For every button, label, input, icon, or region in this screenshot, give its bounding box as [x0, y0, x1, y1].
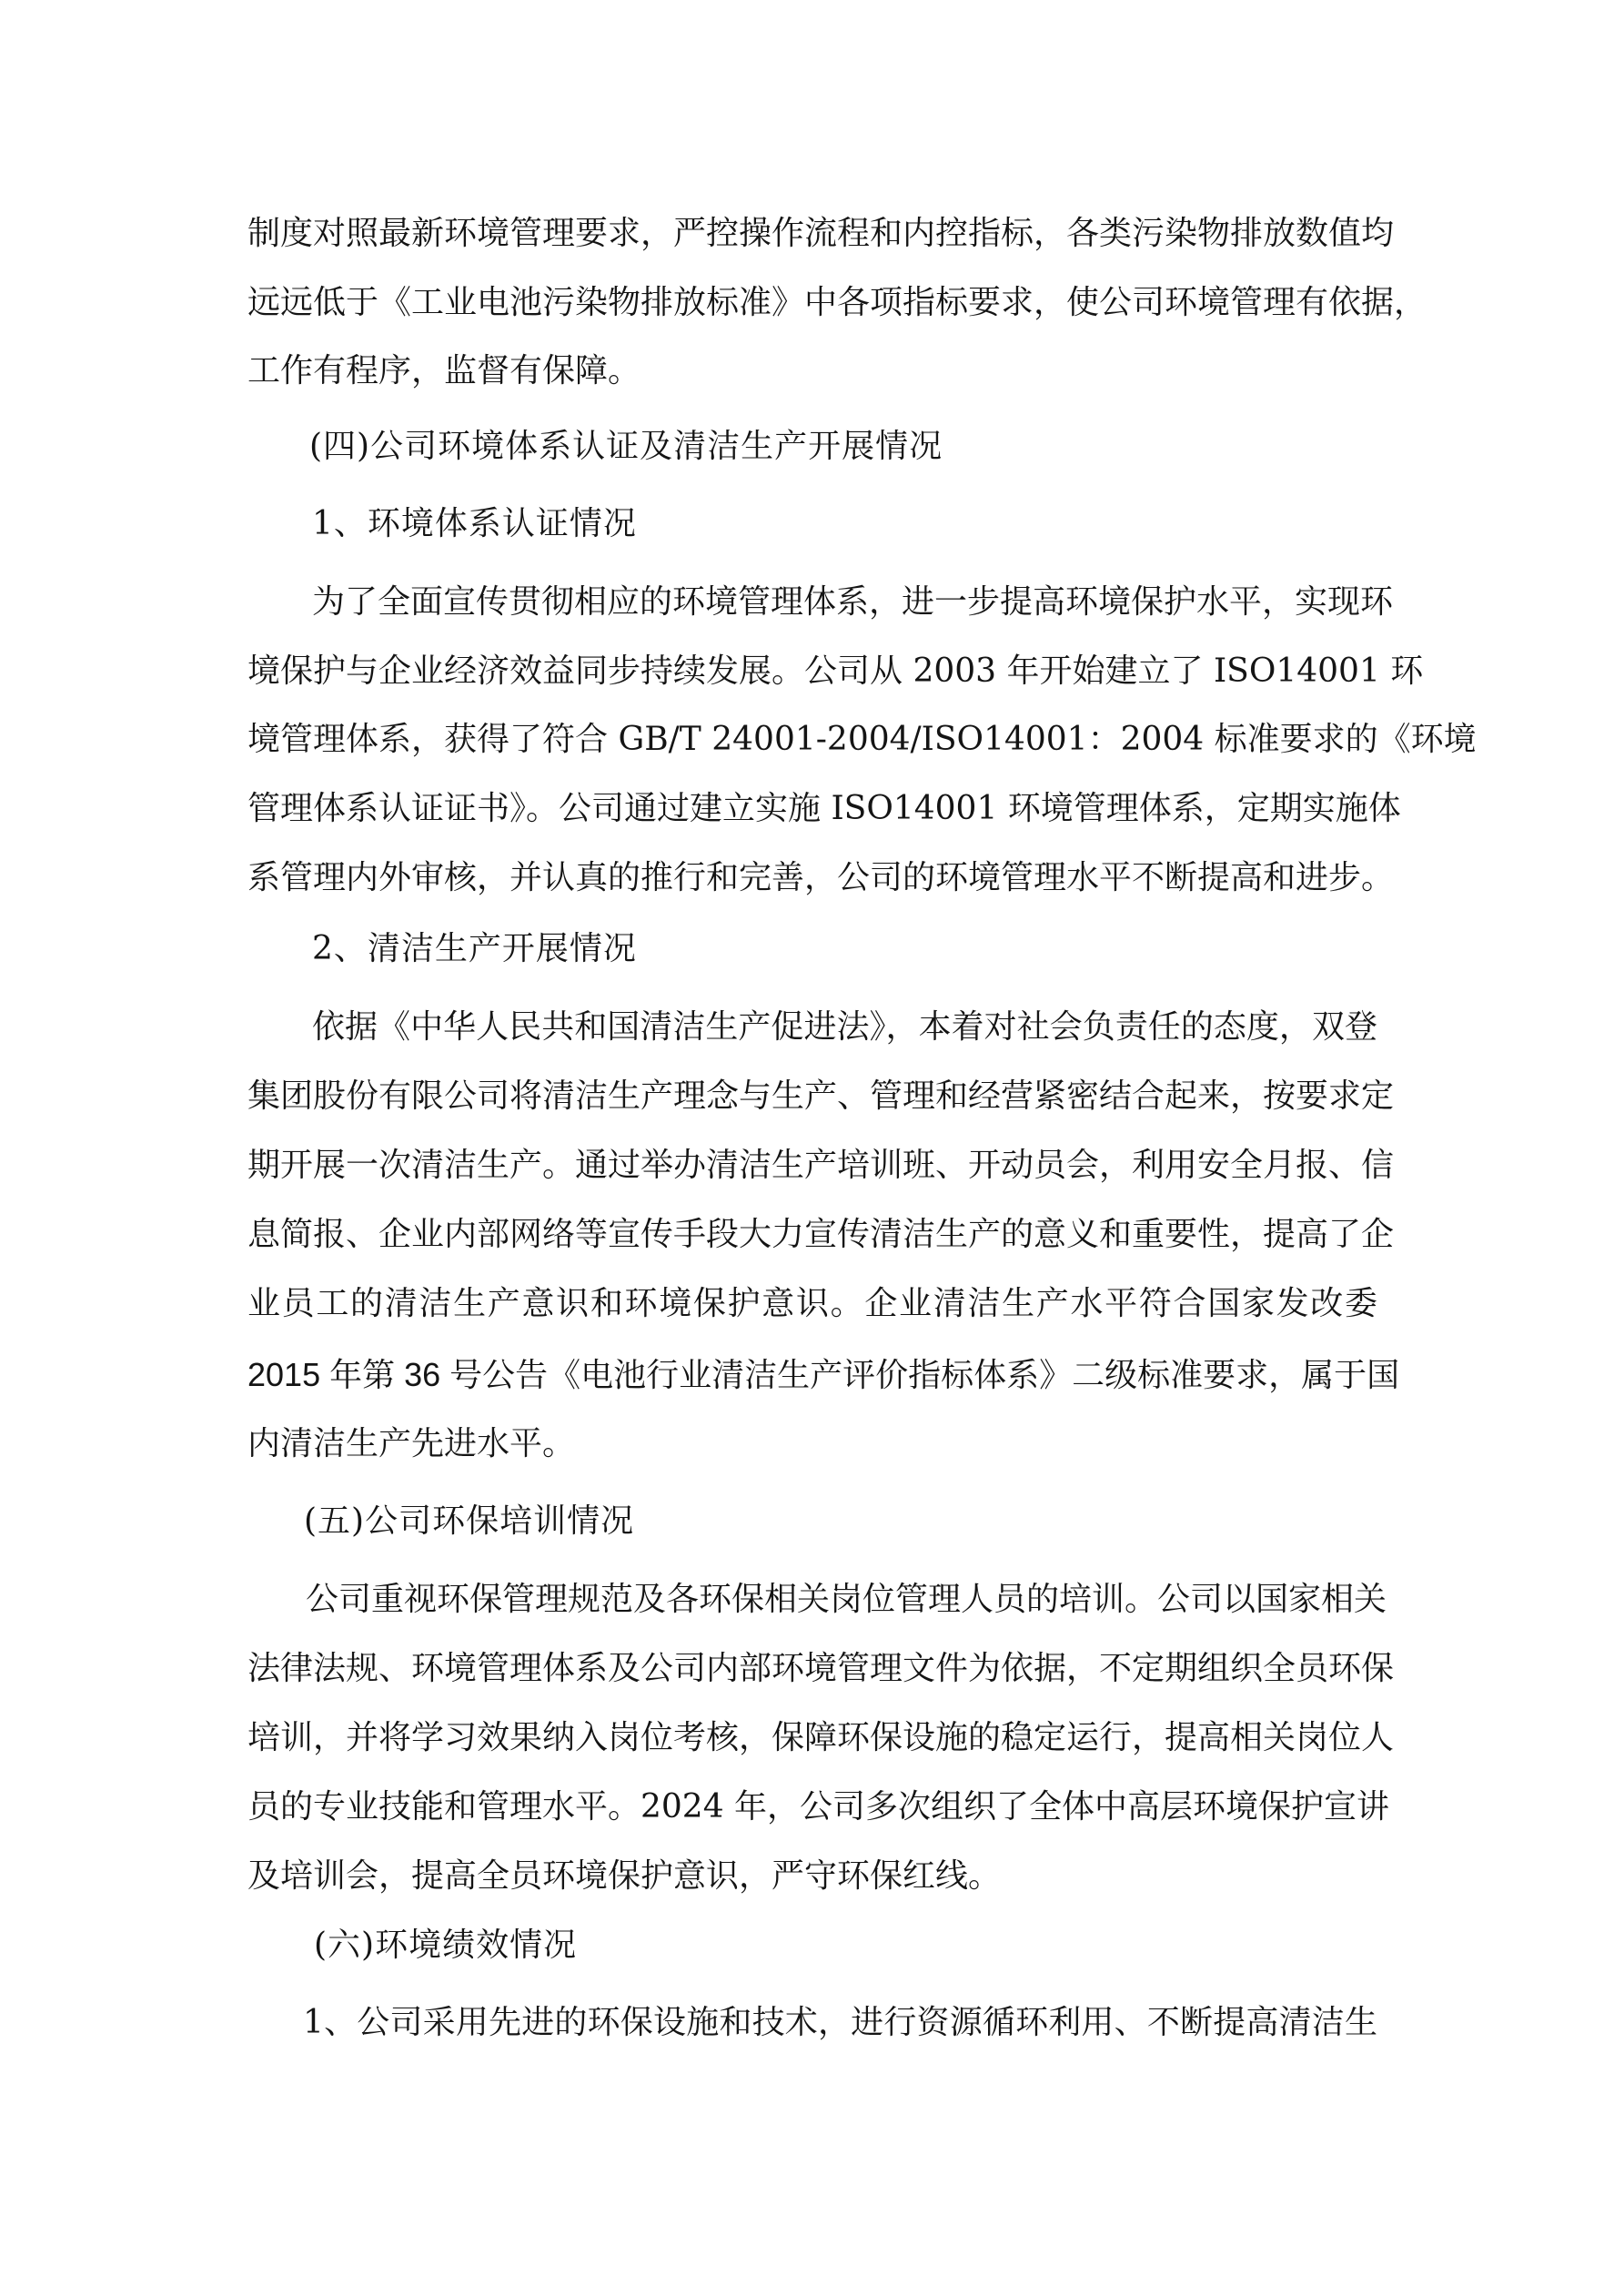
- list-item-line: 1、公司采用先进的环保设施和技术，进行资源循环利用、不断提高清洁生: [303, 2000, 1377, 2046]
- paragraph-line: 集团股份有限公司将清洁生产理念与生产、管理和经营紧密结合起来，按要求定: [247, 1074, 1377, 1119]
- paragraph-line: 制度对照最新环境管理要求，严控操作流程和内控指标，各类污染物排放数值均: [247, 211, 1377, 257]
- paragraph-line: 境管理体系，获得了符合 GB/T 24001-2004/ISO14001：200…: [247, 717, 1377, 763]
- paragraph-line: 依据《中华人民共和国清洁生产促进法》，本着对社会负责任的态度，双登: [312, 1005, 1377, 1050]
- section-heading-4: (四)公司环境体系认证及清洁生产开展情况: [309, 424, 943, 470]
- paragraph-line: 员的专业技能和管理水平。2024 年，公司多次组织了全体中高层环境保护宣讲: [247, 1785, 1377, 1830]
- section-heading-5: (五)公司环保培训情况: [304, 1499, 634, 1544]
- paragraph-line: 2015 年第 36 号公告《电池行业清洁生产评价指标体系》二级标准要求，属于国: [247, 1352, 1377, 1398]
- subsection-heading-4-2: 2、清洁生产开展情况: [312, 926, 637, 972]
- paragraph-line: 境保护与企业经济效益同步持续发展。公司从 2003 年开始建立了 ISO1400…: [247, 649, 1377, 694]
- paragraph-line: 及培训会，提高全员环境保护意识，严守环保红线。: [247, 1854, 1377, 1899]
- paragraph-line: 内清洁生产先进水平。: [247, 1421, 1377, 1467]
- subsection-heading-4-1: 1、环境体系认证情况: [312, 501, 637, 547]
- paragraph-line: 工作有程序，监督有保障。: [247, 349, 1377, 394]
- paragraph-line: 系管理内外审核，并认真的推行和完善，公司的环境管理水平不断提高和进步。: [247, 855, 1377, 901]
- paragraph-line: 公司重视环保管理规范及各环保相关岗位管理人员的培训。公司以国家相关: [306, 1577, 1377, 1623]
- paragraph-line: 期开展一次清洁生产。通过举办清洁生产培训班、开动员会，利用安全月报、信: [247, 1143, 1377, 1188]
- paragraph-line: 为了全面宣传贯彻相应的环境管理体系，进一步提高环境保护水平，实现环: [312, 580, 1377, 625]
- paragraph-line: 远远低于《工业电池污染物排放标准》中各项指标要求，使公司环境管理有依据，: [247, 280, 1377, 326]
- paragraph-line: 培训，并将学习效果纳入岗位考核，保障环保设施的稳定运行，提高相关岗位人: [247, 1715, 1377, 1761]
- document-page: 制度对照最新环境管理要求，严控操作流程和内控指标，各类污染物排放数值均 远远低于…: [0, 0, 1624, 2296]
- paragraph-line: 法律法规、环境管理体系及公司内部环境管理文件为依据，不定期组织全员环保: [247, 1646, 1377, 1692]
- section-heading-6: (六)环境绩效情况: [314, 1923, 577, 1968]
- paragraph-line: 息简报、企业内部网络等宣传手段大力宣传清洁生产的意义和重要性，提高了企: [247, 1212, 1377, 1258]
- paragraph-line: 业员工的清洁生产意识和环境保护意识。企业清洁生产水平符合国家发改委: [247, 1281, 1377, 1327]
- paragraph-line: 管理体系认证证书》。公司通过建立实施 ISO14001 环境管理体系，定期实施体: [247, 786, 1377, 832]
